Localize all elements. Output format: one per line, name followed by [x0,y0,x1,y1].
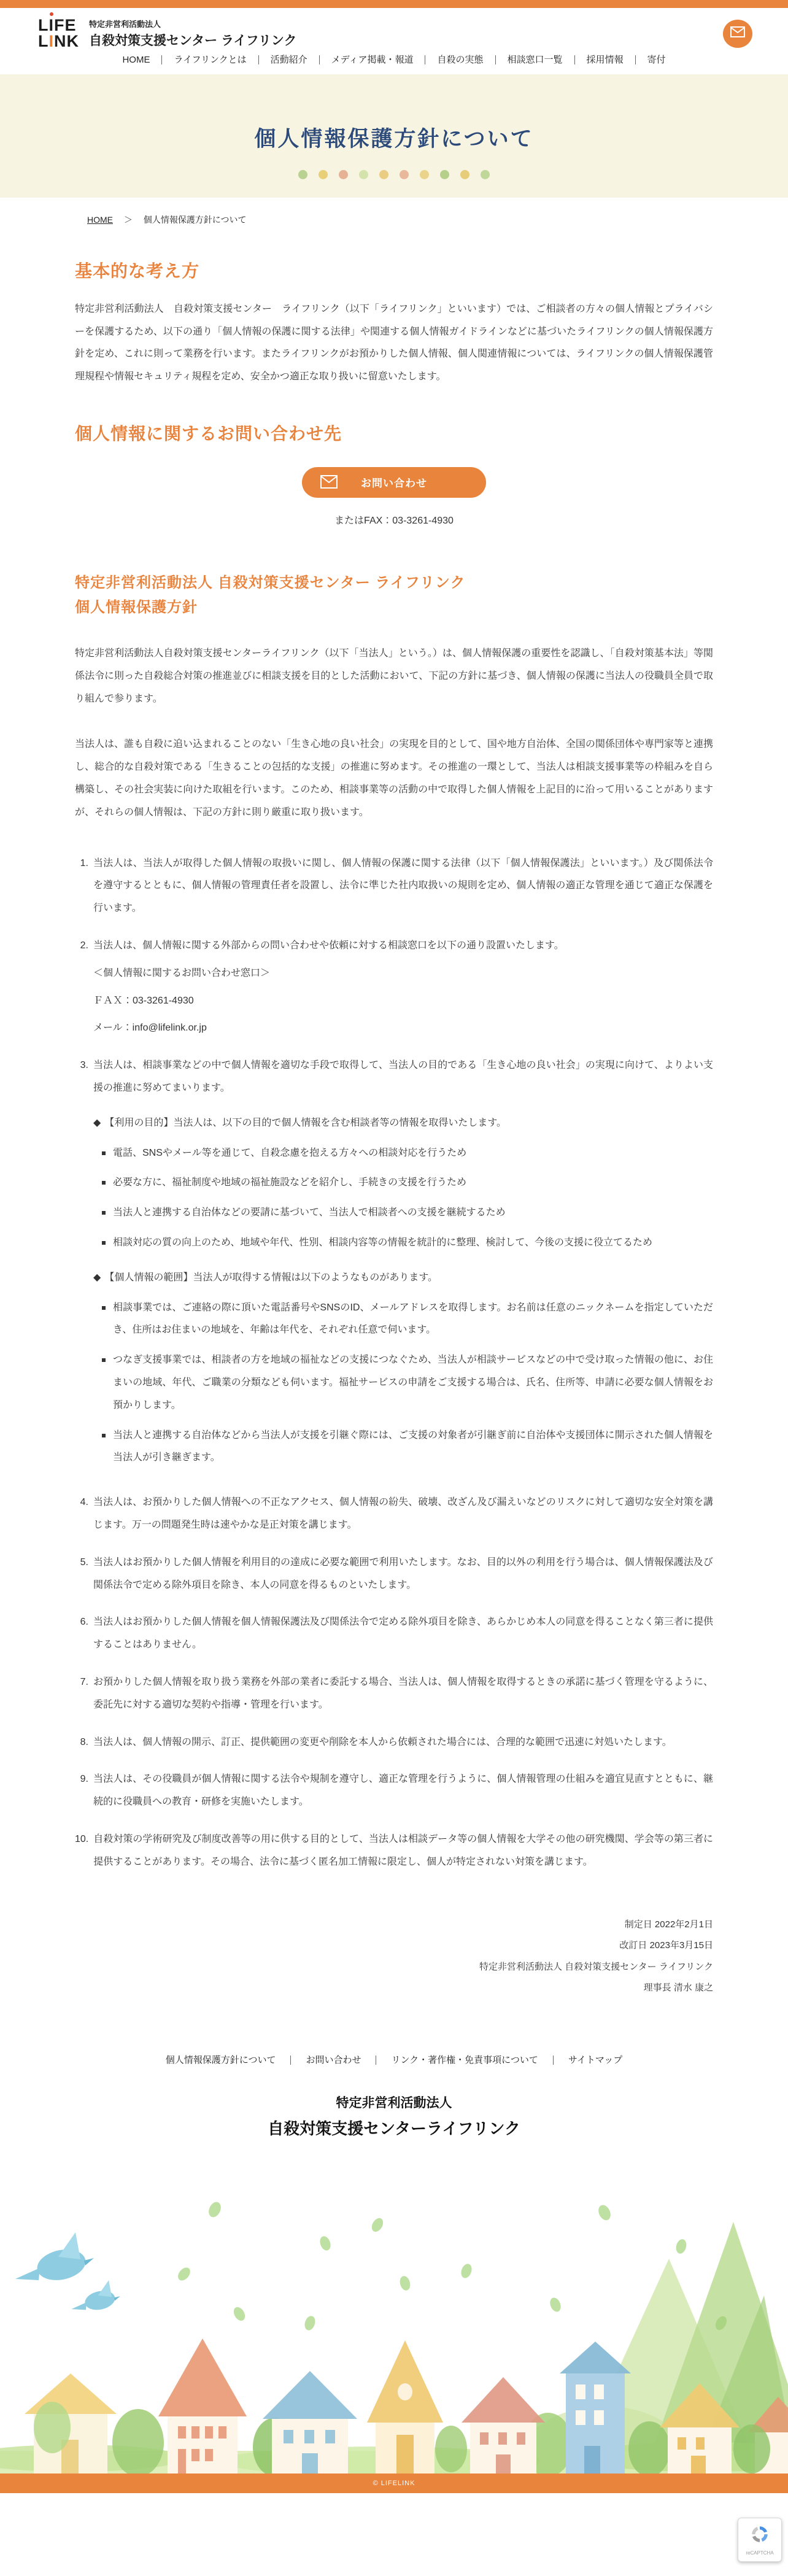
footer-nav-privacy[interactable]: 個人情報保護方針について [151,2056,292,2065]
logo-line-2: LINK [38,34,79,50]
policy-intro: 特定非営利活動法人自殺対策支援センターライフリンク（以下「当法人」という。）は、… [75,643,713,824]
contact-window-label: ＜個人情報に関するお問い合わせ窓口＞ [93,962,713,985]
purpose-of-use-group: ◆【利用の目的】当法人は、以下の目的で個人情報を含む相談者等の情報を取得いたしま… [93,1112,713,1255]
contact-fax: ＦＡＸ：03-3261-4930 [93,990,713,1013]
org-name-block: 特定非営利活動法人 自殺対策支援センター ライフリンク [89,18,296,49]
org-type: 特定非営利活動法人 [89,18,296,29]
nav-item-consultation[interactable]: 相談窓口一覧 [496,55,575,64]
purpose-bullet: 電話、SNSやメール等を通じて、自殺念慮を抱える方々への相談対応を行うため [102,1142,713,1165]
policy-item-5: 5. 当法人はお預かりした個人情報を利用目的の達成に必要な範囲で利用いたします。… [75,1552,713,1597]
hero-dot [298,170,307,179]
bullet-icon [102,1211,106,1215]
scope-of-info-group: ◆【個人情報の範囲】当法人が取得する情報は以下のようなものがあります。 相談事業… [93,1267,713,1469]
purpose-bullet: 必要な方に、福祉制度や地域の福祉施設などを紹介し、手続きの支援を行うため [102,1172,713,1194]
breadcrumb: HOME ＞ 個人情報保護方針について [75,214,713,226]
footer-org-title: 特定非営利活動法人 自殺対策支援センターライフリンク [0,2093,788,2139]
house-orange-roof [158,2338,247,2474]
footer-town-illustration [0,2139,788,2474]
hero-dot [440,170,449,179]
policy-heading: 特定非営利活動法人 自殺対策支援センター ライフリンク 個人情報保護方針 [75,571,713,619]
hero-section: 個人情報保護方針について [0,74,788,197]
bullet-icon [102,1434,106,1437]
contact-email: メール：info@lifelink.or.jp [93,1017,713,1040]
diamond-icon: ◆ [93,1267,104,1290]
page-title: 個人情報保護方針について [0,122,788,153]
footer-nav: 個人情報保護方針について お問い合わせ リンク・著作権・免責事項について サイト… [0,2056,788,2065]
house-tall-blue [560,2342,631,2474]
enactment-date: 制定日 2022年2月1日 [75,1914,713,1936]
fax-note: またはFAX：03-3261-4930 [75,512,713,527]
hero-dot [460,170,469,179]
breadcrumb-separator: ＞ [124,215,133,225]
hero-dot [379,170,388,179]
nav-item-recruit[interactable]: 採用情報 [575,55,636,64]
bullet-icon [102,1306,106,1310]
contact-button[interactable]: お問い合わせ [302,467,486,498]
diamond-icon: ◆ [93,1112,104,1135]
scope-bullet: 当法人と連携する自治体などから当法人が支援を引継ぐ際には、ご支援の対象者が引継ぎ… [102,1425,713,1470]
policy-item-4: 4. 当法人は、お預かりした個人情報への不正なアクセス、個人情報の紛失、破壊、改… [75,1491,713,1537]
policy-item-3: 3. 当法人は、相談事業などの中で個人情報を適切な手段で取得して、当法人の目的で… [75,1054,713,1477]
breadcrumb-current: 個人情報保護方針について [144,215,247,225]
policy-item-7: 7. お預かりした個人情報を取り扱う業務を外部の業者に委託する場合、当法人は、個… [75,1671,713,1717]
breadcrumb-home-link[interactable]: HOME [87,215,113,225]
bird-icon [15,2232,120,2313]
bottom-spacer: reCAPTCHA [0,2493,788,2576]
policy-intro-1: 特定非営利活動法人自殺対策支援センターライフリンク（以下「当法人」という。）は、… [75,643,713,710]
nav-item-reality[interactable]: 自殺の実態 [425,55,495,64]
footer-nav-sitemap[interactable]: サイトマップ [554,2056,637,2065]
nav-item-media[interactable]: メディア掲載・報道 [320,55,426,64]
recaptcha-icon [749,2524,770,2548]
policy-item-1: 1. 当法人は、当法人が取得した個人情報の取扱いに関し、個人情報の保護に関する法… [75,853,713,920]
nav-item-about[interactable]: ライフリンクとは [162,55,258,64]
hero-dot [339,170,348,179]
hero-dots-decoration [0,170,788,179]
house-tall-yellow-roof [367,2340,443,2474]
nav-item-donation[interactable]: 寄付 [636,55,678,64]
house-blue-roof [263,2371,357,2474]
bullet-icon [102,1241,106,1245]
hero-dot [420,170,429,179]
contact-heading: 個人情報に関するお問い合わせ先 [75,420,713,445]
scope-bullet: 相談事業では、ご連絡の際に頂いた電話番号やSNSのID、メールアドレスを取得しま… [102,1297,713,1342]
policy-intro-2: 当法人は、誰も自殺に追い込まれることのない「生き心地の良い社会」の実現を目的とし… [75,733,713,824]
bullet-icon [102,1151,106,1155]
basic-policy-body: 特定非営利活動法人 自殺対策支援センター ライフリンク（以下「ライフリンク」とい… [75,298,713,389]
site-logo[interactable]: LIFE LINK [38,18,79,49]
policy-signature-block: 制定日 2022年2月1日 改訂日 2023年3月15日 特定非営利活動法人 自… [75,1914,713,1999]
signature-org: 特定非営利活動法人 自殺対策支援センター ライフリンク [75,1957,713,1978]
hero-dot [400,170,409,179]
revision-date: 改訂日 2023年3月15日 [75,1935,713,1957]
nav-item-home[interactable]: HOME [110,55,162,64]
recaptcha-badge[interactable]: reCAPTCHA [738,2518,782,2562]
copyright-bar: © LIFELINK [0,2474,788,2493]
mail-icon [320,475,338,492]
hero-dot [481,170,490,179]
purpose-bullet: 相談対応の質の向上のため、地域や年代、性別、相談内容等の情報を統計的に整理、検討… [102,1232,713,1255]
main-content: 基本的な考え方 特定非営利活動法人 自殺対策支援センター ライフリンク（以下「ラ… [75,258,713,1999]
policy-item-10: 10. 自殺対策の学術研究及び制度改善等の用に供する目的として、当法人は相談デー… [75,1828,713,1874]
org-name: 自殺対策支援センター ライフリンク [89,31,296,49]
footer-nav-terms[interactable]: リンク・著作権・免責事項について [376,2056,553,2065]
bullet-icon [102,1358,106,1362]
main-nav: HOME ライフリンクとは 活動紹介 メディア掲載・報道 自殺の実態 相談窓口一… [0,50,788,74]
policy-item-2: 2. 当法人は、個人情報に関する外部からの問い合わせや依頼に対する相談窓口を以下… [75,935,713,1040]
site-footer: 個人情報保護方針について お問い合わせ リンク・著作権・免責事項について サイト… [0,2056,788,2576]
hero-dot [359,170,368,179]
bullet-icon [102,1181,106,1185]
contact-mail-button[interactable] [723,20,752,48]
signature-president: 理事長 清水 康之 [75,1978,713,1999]
purpose-bullet: 当法人と連携する自治体などの要請に基づいて、当法人で相談者への支援を継続するため [102,1202,713,1224]
watercolor-town-art [0,2139,788,2474]
scope-bullet: つなぎ支援事業では、相談者の方を地域の福祉などの支援につなぐため、当法人が相談サ… [102,1349,713,1417]
policy-item-6: 6. 当法人はお預かりした個人情報を個人情報保護法及び関係法令で定める除外項目を… [75,1611,713,1657]
site-header: LIFE LINK 特定非営利活動法人 自殺対策支援センター ライフリンク [0,8,788,50]
policy-item-9: 9. 当法人は、その役職員が個人情報に関する法令や規制を遵守し、適正な管理を行う… [75,1768,713,1814]
basic-policy-heading: 基本的な考え方 [75,258,713,282]
policy-list: 1. 当法人は、当法人が取得した個人情報の取扱いに関し、個人情報の保護に関する法… [75,853,713,1874]
nav-item-activities[interactable]: 活動紹介 [259,55,320,64]
recaptcha-label: reCAPTCHA [746,2550,773,2556]
house-salmon-roof [462,2377,545,2474]
top-accent-bar [0,0,788,8]
hero-dot [319,170,328,179]
footer-nav-contact[interactable]: お問い合わせ [291,2056,376,2065]
mail-icon [730,26,745,41]
policy-item-8: 8. 当法人は、個人情報の開示、訂正、提供範囲の変更や削除を本人から依頼された場… [75,1731,713,1754]
contact-button-label: お問い合わせ [361,478,427,489]
